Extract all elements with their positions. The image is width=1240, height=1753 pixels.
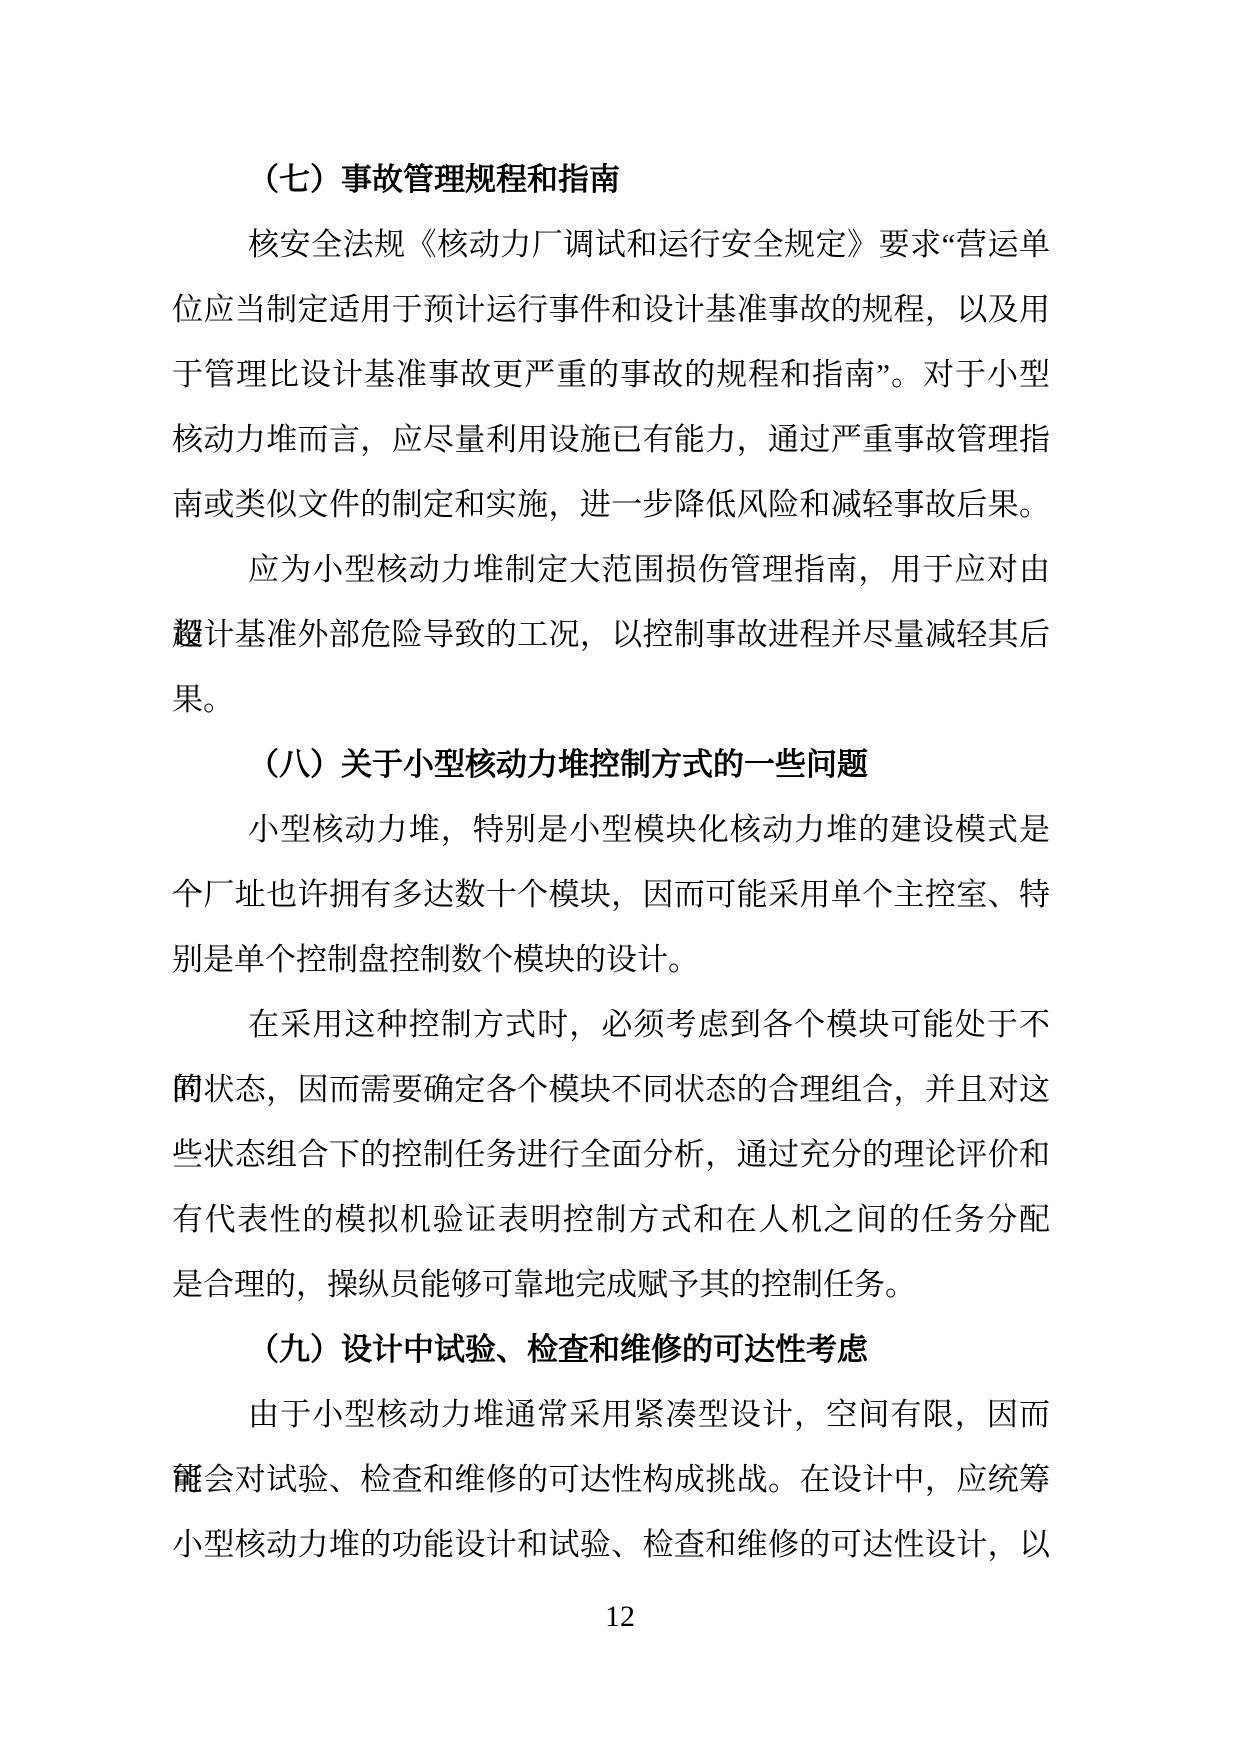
section-heading-2: （八）关于小型核动力堆控制方式的一些问题 <box>172 732 1050 797</box>
body-text-line: 有代表性的模拟机验证表明控制方式和在人机之间的任务分配 <box>172 1187 1050 1252</box>
document-page: （七）事故管理规程和指南核安全法规《核动力厂调试和运行安全规定》要求“营运单位应… <box>0 0 1240 1753</box>
body-text-line: 小型核动力堆的功能设计和试验、检查和维修的可达性设计，以 <box>172 1512 1050 1577</box>
body-text-line: 于管理比设计基准事故更严重的事故的规程和指南”。对于小型 <box>172 342 1050 407</box>
body-text-line: 应为小型核动力堆制定大范围损伤管理指南，用于应对由超 <box>172 537 1050 602</box>
body-text-line: 南或类似文件的制定和实施，进一步降低风险和减轻事故后果。 <box>172 472 1050 537</box>
body-text-line: 位应当制定适用于预计运行事件和设计基准事故的规程，以及用 <box>172 277 1050 342</box>
body-text-line: 果。 <box>172 667 1050 732</box>
section-heading-1: （七）事故管理规程和指南 <box>172 147 1050 212</box>
section-heading-3: （九）设计中试验、检查和维修的可达性考虑 <box>172 1317 1050 1382</box>
body-text-line: 是合理的，操纵员能够可靠地完成赋予其的控制任务。 <box>172 1252 1050 1317</box>
body-text-line: 在采用这种控制方式时，必须考虑到各个模块可能处于不同 <box>172 992 1050 1057</box>
body-text-line: 别是单个控制盘控制数个模块的设计。 <box>172 927 1050 992</box>
body-text-line: 设计基准外部危险导致的工况，以控制事故进程并尽量减轻其后 <box>172 602 1050 667</box>
body-text-line: 能会对试验、检查和维修的可达性构成挑战。在设计中，应统筹 <box>172 1447 1050 1512</box>
document-body: （七）事故管理规程和指南核安全法规《核动力厂调试和运行安全规定》要求“营运单位应… <box>172 147 1050 1577</box>
body-text-line: 个厂址也许拥有多达数十个模块，因而可能采用单个主控室、特 <box>172 862 1050 927</box>
body-text-line: 由于小型核动力堆通常采用紧凑型设计，空间有限，因而可 <box>172 1382 1050 1447</box>
body-text-line: 核安全法规《核动力厂调试和运行安全规定》要求“营运单 <box>172 212 1050 277</box>
body-text-line: 核动力堆而言，应尽量利用设施已有能力，通过严重事故管理指 <box>172 407 1050 472</box>
body-text-line: 小型核动力堆，特别是小型模块化核动力堆的建设模式是一 <box>172 797 1050 862</box>
body-text-line: 些状态组合下的控制任务进行全面分析，通过充分的理论评价和 <box>172 1122 1050 1187</box>
body-text-line: 的状态，因而需要确定各个模块不同状态的合理组合，并且对这 <box>172 1057 1050 1122</box>
page-number: 12 <box>0 1597 1240 1637</box>
